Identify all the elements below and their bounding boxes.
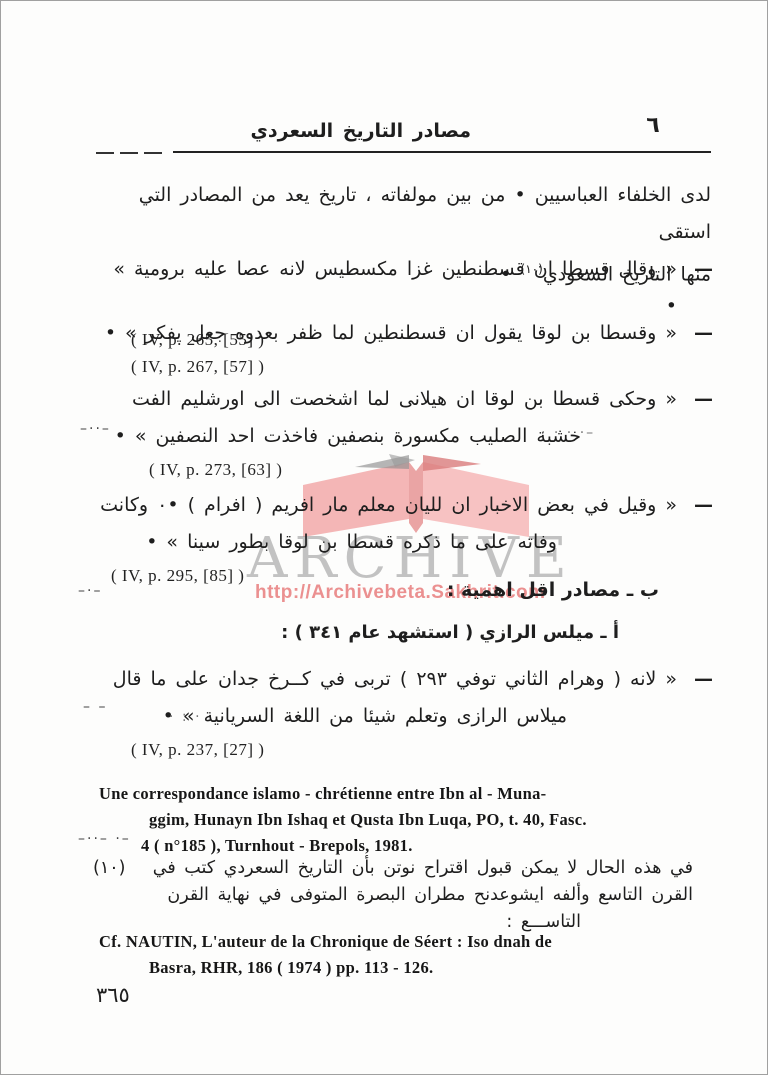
quote-row: — « وقيل في بعض الاخبار ان لليان معلم ما… xyxy=(99,487,713,561)
footnote-10-marker: (١٠) xyxy=(93,855,125,882)
scan-mark: · : · xyxy=(169,709,202,725)
footnote-line: Une correspondance islamo - chrétienne e… xyxy=(99,781,659,807)
footnote-10-line-2: القرن التاسع وألفه ايشوعدنح مطران البصرة… xyxy=(93,882,693,909)
header-rule xyxy=(173,151,711,153)
footnote-continuation: Une correspondance islamo - chrétienne e… xyxy=(99,781,659,859)
quote-item: — « وحكى قسطا بن لوقا ان هيلانى لما اشخص… xyxy=(99,381,713,480)
quote-lines: « وحكى قسطا بن لوقا ان هيلانى لما اشخصت … xyxy=(99,381,677,455)
citation: ( IV, p. 273, [63] ) xyxy=(99,460,713,480)
bullet-dash: — xyxy=(677,487,713,524)
quote-item: — « وقيل في بعض الاخبار ان لليان معلم ما… xyxy=(99,487,713,586)
citation: ( IV, p. 237, [27] ) xyxy=(99,740,713,760)
scan-mark: –·– xyxy=(78,583,102,599)
footnote-line: ggim, Hunayn Ibn Ishaq et Qusta Ibn Luqa… xyxy=(99,807,659,833)
footnote-10-line-1: في هذه الحال لا يمكن قبول اقتراح نوتن بأ… xyxy=(93,855,693,882)
section-heading-a: أ ـ ميلس الرازي ( استشهد عام ٣٤١ ) : xyxy=(99,622,619,643)
quote-item: — « وقسطا بن لوقا يقول ان قسطنطين لما ظف… xyxy=(99,315,713,377)
bullet-dash: — xyxy=(677,315,713,352)
header-rule-dash xyxy=(96,152,166,154)
footnote-10-text: في هذه الحال لا يمكن قبول اقتراح نوتن بأ… xyxy=(153,855,693,882)
quote-line: « وقال قسطا ان قسطنطين غزا مكسطيس لانه ع… xyxy=(99,251,677,325)
quote-row: — « وحكى قسطا بن لوقا ان هيلانى لما اشخص… xyxy=(99,381,713,455)
quote-line: وفاته على ما ذكره قسطا بن لوقا بطور سينا… xyxy=(99,524,677,561)
footnote-line: Cf. NAUTIN, L'auteur de la Chronique de … xyxy=(99,929,659,955)
bottom-page-number: ٣٦٥ xyxy=(96,983,130,1007)
quote-line: « وحكى قسطا بن لوقا ان هيلانى لما اشخصت … xyxy=(99,381,677,418)
quote-row: — « وقسطا بن لوقا يقول ان قسطنطين لما ظف… xyxy=(99,315,713,352)
quote-lines: « وقسطا بن لوقا يقول ان قسطنطين لما ظفر … xyxy=(99,315,677,352)
running-header-title: مصادر التاريخ السعردي xyxy=(241,113,471,150)
scan-mark: – – xyxy=(83,699,107,715)
quote-row: — « وقال قسطا ان قسطنطين غزا مكسطيس لانه… xyxy=(99,251,713,325)
footnote-nautin: Cf. NAUTIN, L'auteur de la Chronique de … xyxy=(99,929,659,981)
header-page-number: ٦ xyxy=(633,113,673,138)
footnote-10: في هذه الحال لا يمكن قبول اقتراح نوتن بأ… xyxy=(93,855,693,936)
scan-mark: –··– ·– xyxy=(78,831,131,847)
scanned-book-page: ARCHIVE http://Archivebeta.Sakhrit.com م… xyxy=(0,0,768,1075)
citation: ( IV, p. 267, [57] ) xyxy=(99,357,713,377)
bullet-dash: — xyxy=(677,251,713,288)
quote-lines: « وقال قسطا ان قسطنطين غزا مكسطيس لانه ع… xyxy=(99,251,677,325)
quote-line: « لانه ( وهرام الثاني توفي ٢٩٣ ) تربى في… xyxy=(99,661,677,698)
quote-line: « وقيل في بعض الاخبار ان لليان معلم مار … xyxy=(99,487,677,524)
bullet-dash: — xyxy=(677,381,713,418)
scan-mark: –··– xyxy=(80,421,111,437)
section-heading-b: ب ـ مصادر اقل اهمية : xyxy=(99,579,659,601)
quote-line: « وقسطا بن لوقا يقول ان قسطنطين لما ظفر … xyxy=(99,315,677,352)
intro-line-1: لدى الخلفاء العباسيين • من بين مولفاته ،… xyxy=(99,177,711,251)
scan-mark: · · · ·– xyxy=(541,425,595,441)
bullet-dash: — xyxy=(677,661,713,698)
footnote-line: Basra, RHR, 186 ( 1974 ) pp. 113 - 126. xyxy=(99,955,659,981)
quote-lines: « وقيل في بعض الاخبار ان لليان معلم مار … xyxy=(99,487,677,561)
